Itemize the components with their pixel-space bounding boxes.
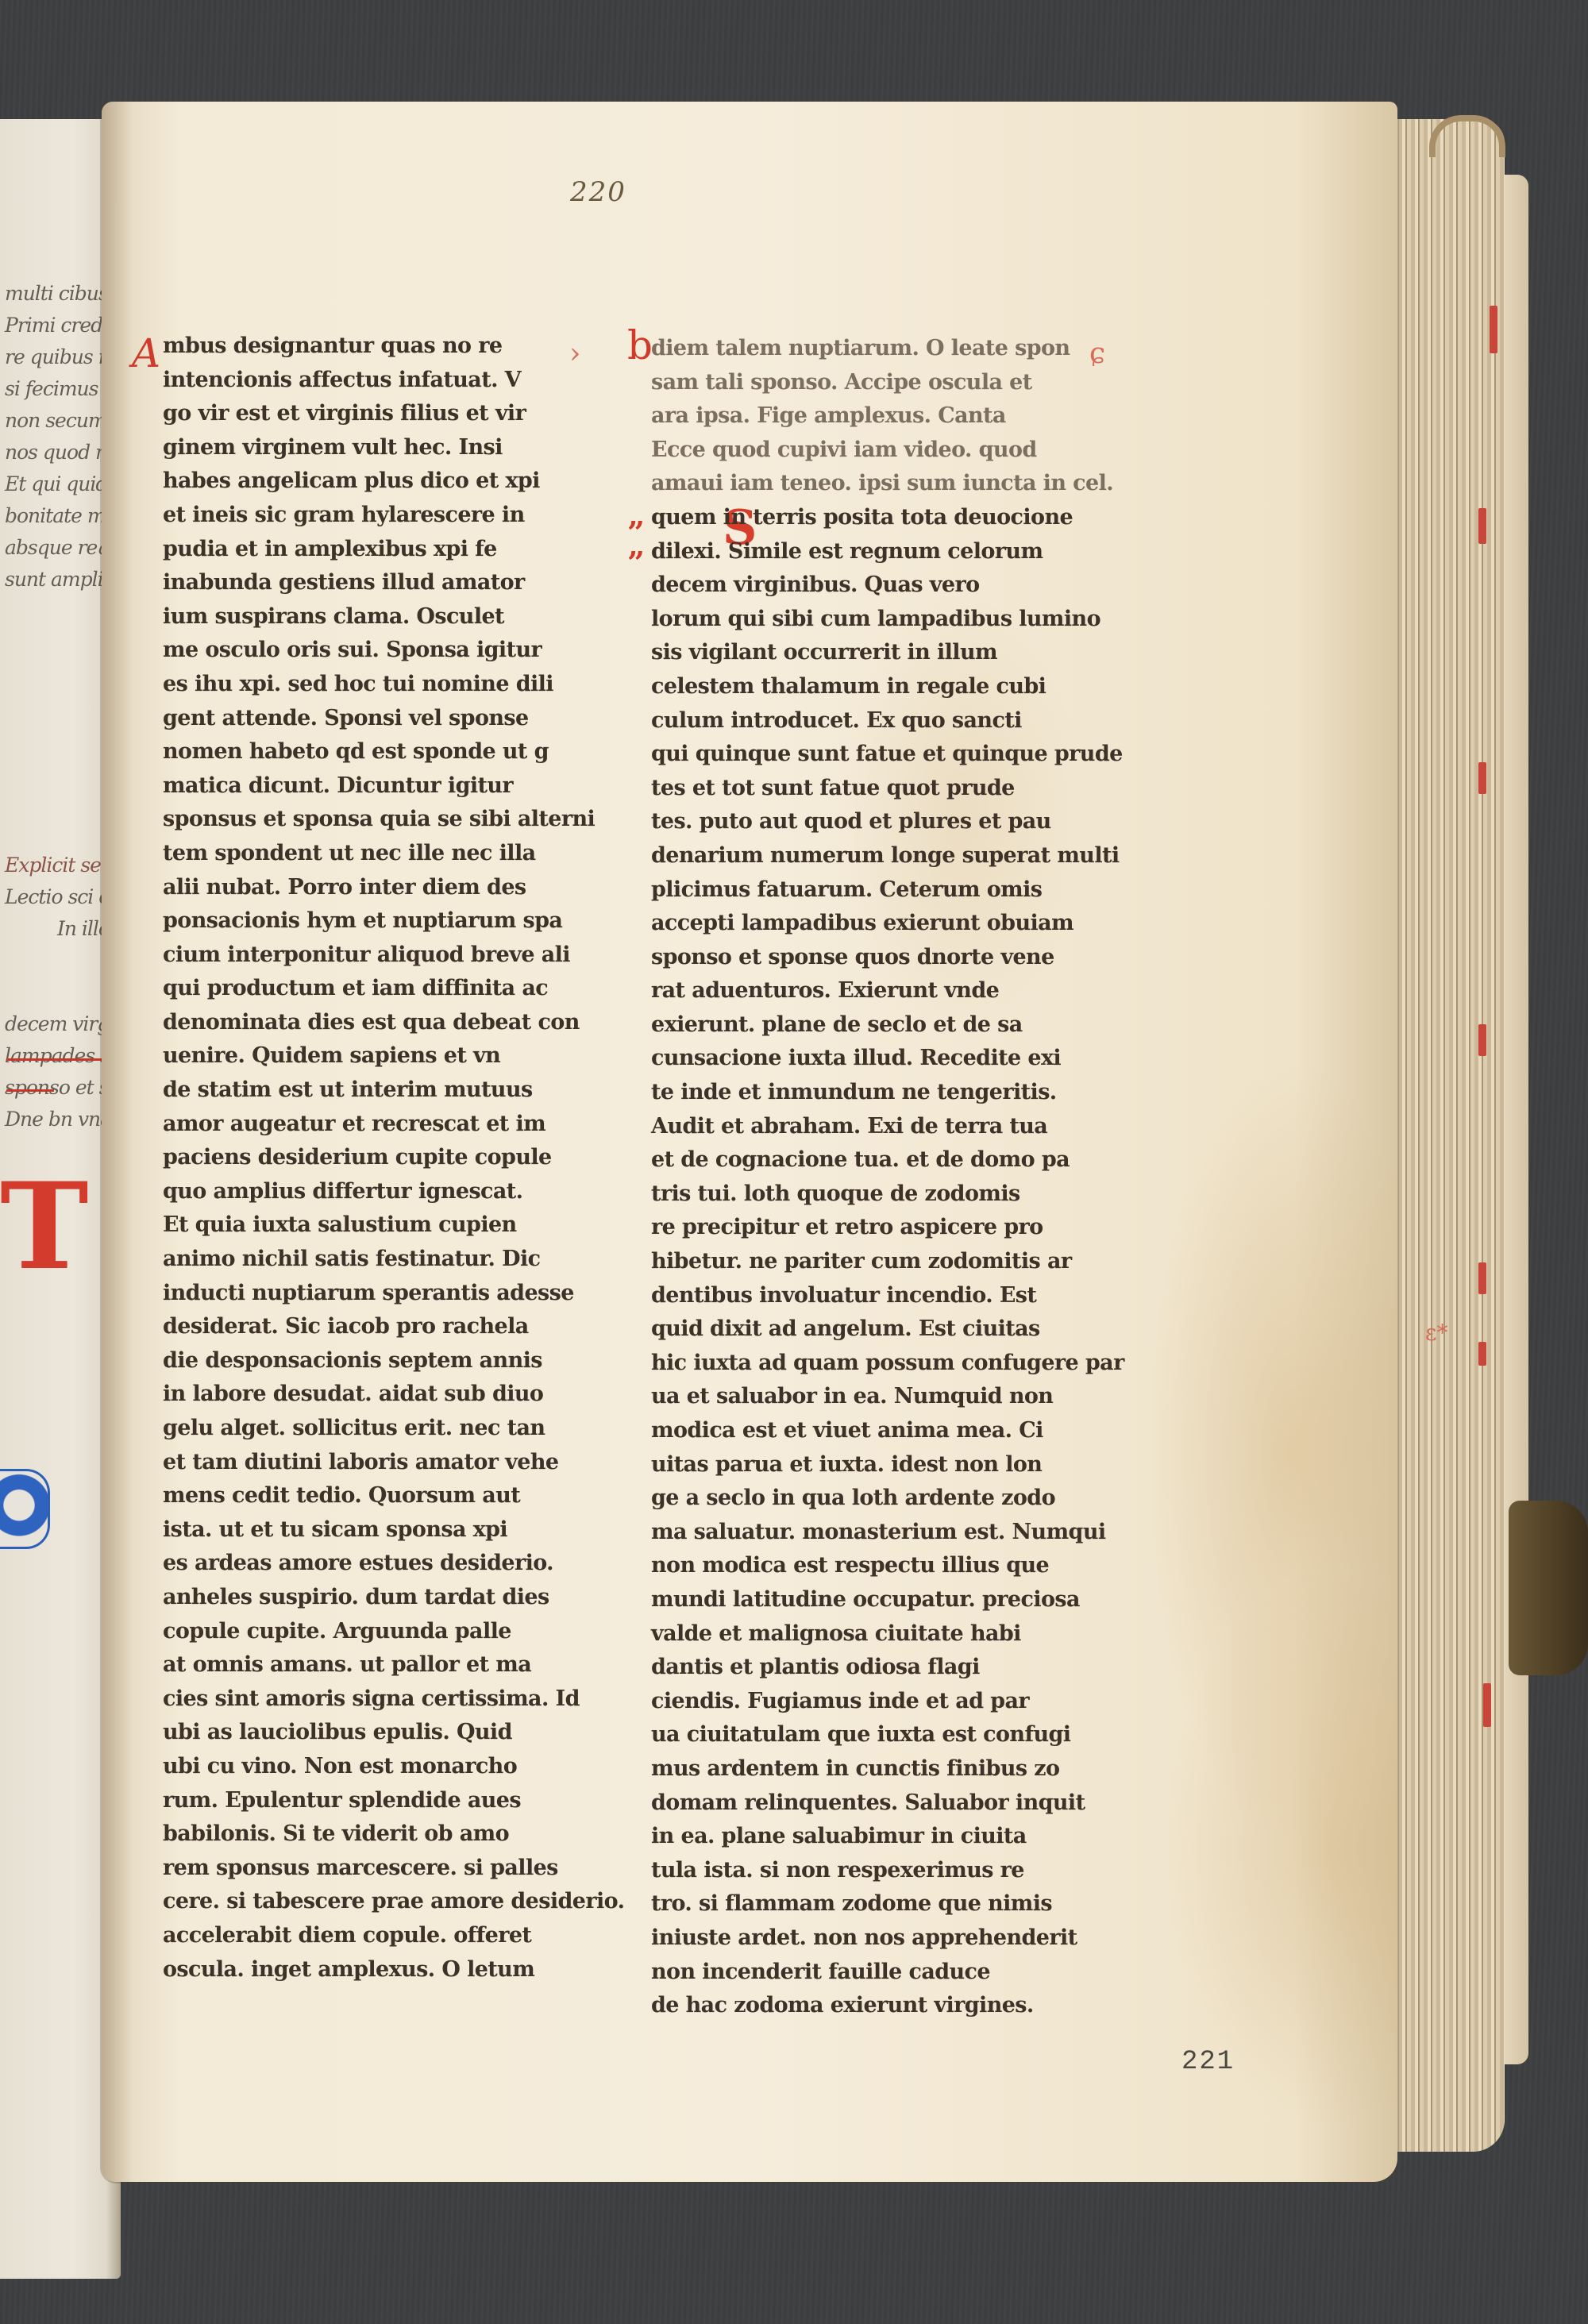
text-line: mbus designantur quas no re bbox=[163, 330, 595, 364]
initial-t-red: T bbox=[0, 1175, 51, 1278]
text-line: ge a seclo in qua loth ardente zodo bbox=[651, 1482, 1096, 1516]
text-line: dilexi. Simile est regnum celorum bbox=[651, 535, 1096, 569]
text-line: modica est et viuet anima mea. Ci bbox=[651, 1414, 1096, 1448]
text-line: tes. puto aut quod et plures et pau bbox=[651, 805, 1096, 839]
text-line: sponso et sponse quos dnorte vene bbox=[651, 941, 1096, 975]
text-line: dantis et plantis odiosa flagi bbox=[651, 1651, 1096, 1685]
text-line: ciendis. Fugiamus inde et ad par bbox=[651, 1685, 1096, 1719]
text-line: go vir est et virginis filius et vir bbox=[163, 397, 595, 431]
text-line: ua ciuitatulam que iuxta est confugi bbox=[651, 1718, 1096, 1752]
text-line: anheles suspirio. dum tardat dies bbox=[163, 1581, 595, 1615]
column-marker-b: b bbox=[627, 326, 653, 365]
page-gutter-shadow bbox=[102, 102, 133, 2182]
text-line: gelu alget. sollicitus erit. nec tan bbox=[163, 1412, 595, 1446]
paragraph-mark: ” bbox=[627, 548, 645, 578]
column-marker-a: A bbox=[132, 333, 160, 373]
text-line: ma saluatur. monasterium est. Numqui bbox=[651, 1516, 1096, 1550]
text-line: amor augeatur et recrescat et im bbox=[163, 1108, 595, 1142]
text-line: die desponsacionis septem annis bbox=[163, 1344, 595, 1378]
text-line: iniuste ardet. non nos apprehenderit bbox=[651, 1921, 1096, 1956]
text-line: exierunt. plane de seclo et de sa bbox=[651, 1008, 1096, 1043]
fore-edge-page-stack bbox=[1386, 119, 1505, 2152]
text-line: hic iuxta ad quam possum confugere par bbox=[651, 1347, 1096, 1381]
text-line: sis vigilant occurrerit in illum bbox=[651, 636, 1096, 670]
text-line: ista. ut et tu sicam sponsa xpi bbox=[163, 1513, 595, 1547]
text-line: non modica est respectu illius que bbox=[651, 1549, 1096, 1583]
text-line: copule cupite. Arguunda palle bbox=[163, 1615, 595, 1649]
text-line: tris tui. loth quoque de zodomis bbox=[651, 1177, 1096, 1212]
text-line: lorum qui sibi cum lampadibus lumino bbox=[651, 603, 1096, 637]
text-line: uitas parua et iuxta. idest non lon bbox=[651, 1448, 1096, 1482]
rubric-underline bbox=[6, 1089, 54, 1092]
text-line: ara ipsa. Fige amplexus. Canta bbox=[651, 399, 1096, 434]
text-line: Et quia iuxta salustium cupien bbox=[163, 1208, 595, 1243]
text-line: domam relinquentes. Saluabor inquit bbox=[651, 1786, 1096, 1821]
paragraph-mark: ” bbox=[627, 518, 645, 548]
text-line: diem talem nuptiarum. O leate spon bbox=[651, 332, 1096, 366]
folio-number-medieval: 220 bbox=[570, 176, 626, 208]
text-line: cunsacione iuxta illud. Recedite exi bbox=[651, 1042, 1096, 1076]
text-line: denominata dies est qua debeat con bbox=[163, 1006, 595, 1040]
text-line: Audit et abraham. Exi de terra tua bbox=[651, 1110, 1096, 1144]
text-line: me osculo oris sui. Sponsa igitur bbox=[163, 634, 595, 668]
text-line: ginem virginem vult hec. Insi bbox=[163, 431, 595, 465]
text-line: et tam diutini laboris amator vehe bbox=[163, 1446, 595, 1480]
text-line: desiderat. Sic iacob pro rachela bbox=[163, 1310, 595, 1344]
text-line: de hac zodoma exierunt virgines. bbox=[651, 1989, 1096, 2023]
text-line: cium interponitur aliquod breve ali bbox=[163, 938, 595, 973]
initial-s-blue bbox=[0, 1469, 50, 1549]
text-line: quem in terris posita tota deuocione bbox=[651, 501, 1096, 535]
tab-marker bbox=[1478, 762, 1486, 794]
text-line: de statim est ut interim mutuus bbox=[163, 1073, 595, 1108]
text-line: rum. Epulentur splendide aues bbox=[163, 1784, 595, 1818]
text-line: tem spondent ut nec ille nec illa bbox=[163, 837, 595, 871]
text-line: gent attende. Sponsi vel sponse bbox=[163, 702, 595, 736]
text-line: culum introducet. Ex quo sancti bbox=[651, 704, 1096, 738]
margin-mark-red: ɛ* bbox=[1425, 1322, 1448, 1344]
text-line: rat aduenturos. Exierunt vnde bbox=[651, 974, 1096, 1008]
text-line: sam tali sponso. Accipe oscula et bbox=[651, 366, 1096, 400]
text-line: non incenderit fauille caduce bbox=[651, 1956, 1096, 1990]
text-line: babilonis. Si te viderit ob amo bbox=[163, 1817, 595, 1852]
tab-marker bbox=[1483, 1683, 1491, 1727]
text-line: denarium numerum longe superat multi bbox=[651, 839, 1096, 873]
text-line: inducti nuptiarum sperantis adesse bbox=[163, 1277, 595, 1311]
text-line: qui productum et iam diffinita ac bbox=[163, 972, 595, 1006]
text-line: hibetur. ne pariter cum zodomitis ar bbox=[651, 1245, 1096, 1279]
tab-marker bbox=[1490, 306, 1497, 353]
text-line: rem sponsus marcescere. si palles bbox=[163, 1852, 595, 1886]
text-line: animo nichil satis festinatur. Dic bbox=[163, 1243, 595, 1277]
text-column-b: diem talem nuptiarum. O leate spon sam t… bbox=[651, 332, 1096, 2023]
text-line: habes angelicam plus dico et xpi bbox=[163, 464, 595, 499]
text-line: ubi cu vino. Non est monarcho bbox=[163, 1750, 595, 1784]
text-line: tes et tot sunt fatue quot prude bbox=[651, 772, 1096, 806]
text-line: quid dixit ad angelum. Est ciuitas bbox=[651, 1312, 1096, 1347]
text-line: nomen habeto qd est sponde ut g bbox=[163, 735, 595, 769]
text-line: tula ista. si non respexerimus re bbox=[651, 1854, 1096, 1888]
text-line: sponsus et sponsa quia se sibi alterni bbox=[163, 803, 595, 837]
text-line: accelerabit diem copule. offeret bbox=[163, 1919, 595, 1953]
leather-clasp bbox=[1509, 1501, 1588, 1675]
text-line: qui quinque sunt fatue et quinque prude bbox=[651, 738, 1096, 772]
text-line: matica dicunt. Dicuntur igitur bbox=[163, 769, 595, 804]
text-line: plicimus fatuarum. Ceterum omis bbox=[651, 873, 1096, 908]
text-line: ium suspirans clama. Osculet bbox=[163, 600, 595, 634]
text-line: valde et malignosa ciuitate habi bbox=[651, 1617, 1096, 1651]
text-line: es ardeas amore estues desiderio. bbox=[163, 1547, 595, 1581]
text-line: mens cedit tedio. Quorsum aut bbox=[163, 1479, 595, 1513]
text-line: mus ardentem in cunctis finibus zo bbox=[651, 1752, 1096, 1786]
text-line: cies sint amoris signa certissima. Id bbox=[163, 1682, 595, 1717]
text-line: intencionis affectus infatuat. V bbox=[163, 364, 595, 398]
text-line: ua et saluabor in ea. Numquid non bbox=[651, 1380, 1096, 1414]
text-line: oscula. inget amplexus. O letum bbox=[163, 1953, 595, 1987]
text-line: accepti lampadibus exierunt obuiam bbox=[651, 907, 1096, 941]
text-line: tro. si flammam zodome que nimis bbox=[651, 1887, 1096, 1921]
text-line: in labore desudat. aidat sub diuo bbox=[163, 1378, 595, 1412]
tab-marker bbox=[1478, 508, 1486, 544]
text-line: es ihu xpi. sed hoc tui nomine dili bbox=[163, 668, 595, 702]
tab-marker bbox=[1478, 1262, 1486, 1294]
text-line: decem virginibus. Quas vero bbox=[651, 568, 1096, 603]
text-line: Ecce quod cupivi iam video. quod bbox=[651, 434, 1096, 468]
tab-marker bbox=[1478, 1342, 1486, 1366]
text-line: et de cognacione tua. et de domo pa bbox=[651, 1143, 1096, 1177]
text-column-a: mbus designantur quas no re intencionis … bbox=[163, 330, 595, 1987]
text-line: ponsacionis hym et nuptiarum spa bbox=[163, 904, 595, 938]
text-line: in ea. plane saluabimur in ciuita bbox=[651, 1820, 1096, 1854]
text-line: celestem thalamum in regale cubi bbox=[651, 670, 1096, 704]
text-line: et ineis sic gram hylarescere in bbox=[163, 499, 595, 533]
text-line: cere. si tabescere prae amore desiderio. bbox=[163, 1885, 595, 1919]
text-line: pudia et in amplexibus xpi fe bbox=[163, 533, 595, 567]
text-line: quo amplius differtur ignescat. bbox=[163, 1175, 595, 1209]
text-line: mundi latitudine occupatur. preciosa bbox=[651, 1583, 1096, 1617]
text-line: at omnis amans. ut pallor et ma bbox=[163, 1648, 595, 1682]
text-line: inabunda gestiens illud amator bbox=[163, 566, 595, 600]
text-line: dentibus involuatur incendio. Est bbox=[651, 1279, 1096, 1313]
tab-marker bbox=[1478, 1024, 1486, 1056]
text-line: paciens desiderium cupite copule bbox=[163, 1141, 595, 1175]
text-line: ubi as lauciolibus epulis. Quid bbox=[163, 1716, 595, 1750]
text-line: uenire. Quidem sapiens et vn bbox=[163, 1039, 595, 1073]
text-line: re precipitur et retro aspicere pro bbox=[651, 1211, 1096, 1245]
folio-number-modern: 221 bbox=[1181, 2047, 1235, 2077]
text-line: te inde et inmundum ne tengeritis. bbox=[651, 1076, 1096, 1110]
text-line: amaui iam teneo. ipsi sum iuncta in cel. bbox=[651, 467, 1096, 501]
text-line: alii nubat. Porro inter diem des bbox=[163, 871, 595, 905]
